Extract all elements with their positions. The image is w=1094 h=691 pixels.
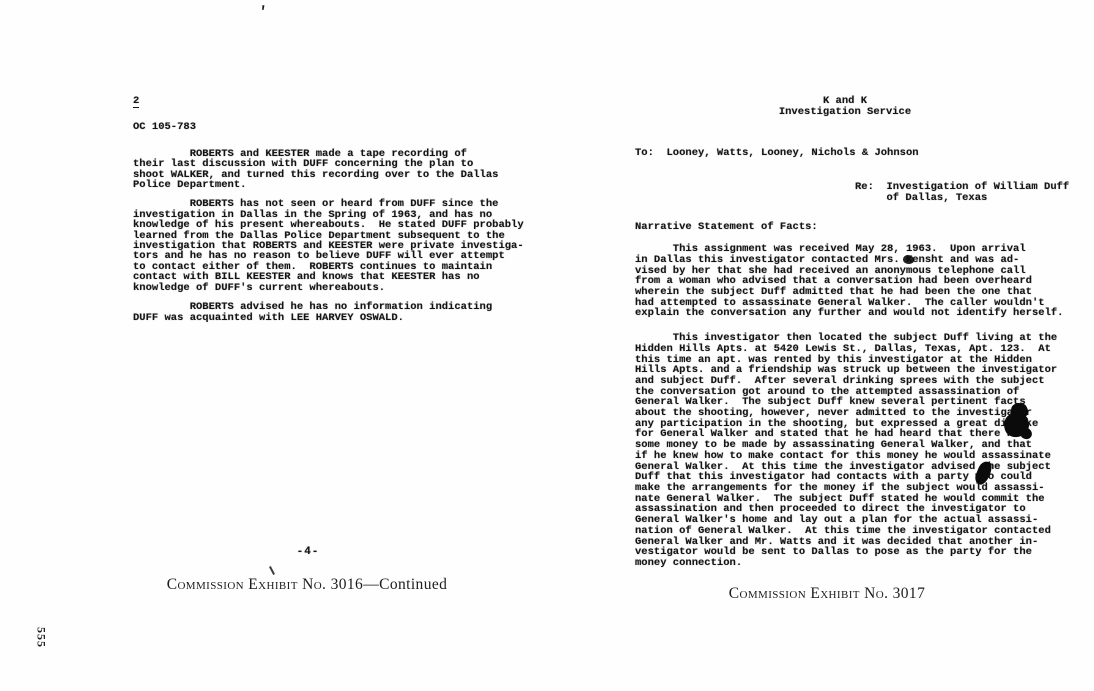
page-number-line: 2 [133, 96, 537, 108]
exhibit-caption-main: Commission Exhibit No. 3016 [167, 576, 363, 593]
paragraph: ROBERTS and KEESTER made a tape recordin… [133, 149, 537, 191]
paragraph: This investigator then located the subje… [635, 333, 1081, 568]
file-number: OC 105-783 [133, 122, 537, 132]
gutter-page-number: 555 [36, 621, 49, 655]
ink-blot [903, 255, 914, 264]
exhibit-caption-suffix: —Continued [363, 576, 447, 593]
exhibit-caption-main: Commission Exhibit No. 3017 [729, 585, 925, 602]
page-footer-number: -4- [118, 546, 498, 558]
re-block: Re: Investigation of William Duff of Dal… [855, 182, 1081, 203]
section-heading: Narrative Statement of Facts: [635, 222, 1081, 233]
exhibit-caption-left: Commission Exhibit No. 3016—Continued [107, 576, 507, 594]
right-page: K and K Investigation Service To: Looney… [635, 96, 1081, 569]
paragraph: ROBERTS advised he has no information in… [133, 302, 537, 323]
paragraph: This assignment was received May 28, 196… [635, 244, 1081, 319]
left-page: 2 OC 105-783 ROBERTS and KEESTER made a … [133, 96, 537, 323]
page-number: 2 [133, 96, 139, 108]
scanned-document-sheet: ' 2 OC 105-783 ROBERTS and KEESTER made … [0, 0, 1094, 691]
letterhead: K and K Investigation Service [635, 96, 1055, 117]
stray-mark: ' [257, 3, 268, 21]
exhibit-caption-right: Commission Exhibit No. 3017 [627, 585, 1027, 603]
stray-mark [269, 566, 275, 575]
to-line: To: Looney, Watts, Looney, Nichols & Joh… [635, 148, 1081, 159]
paragraph: ROBERTS has not seen or heard from DUFF … [133, 199, 537, 293]
